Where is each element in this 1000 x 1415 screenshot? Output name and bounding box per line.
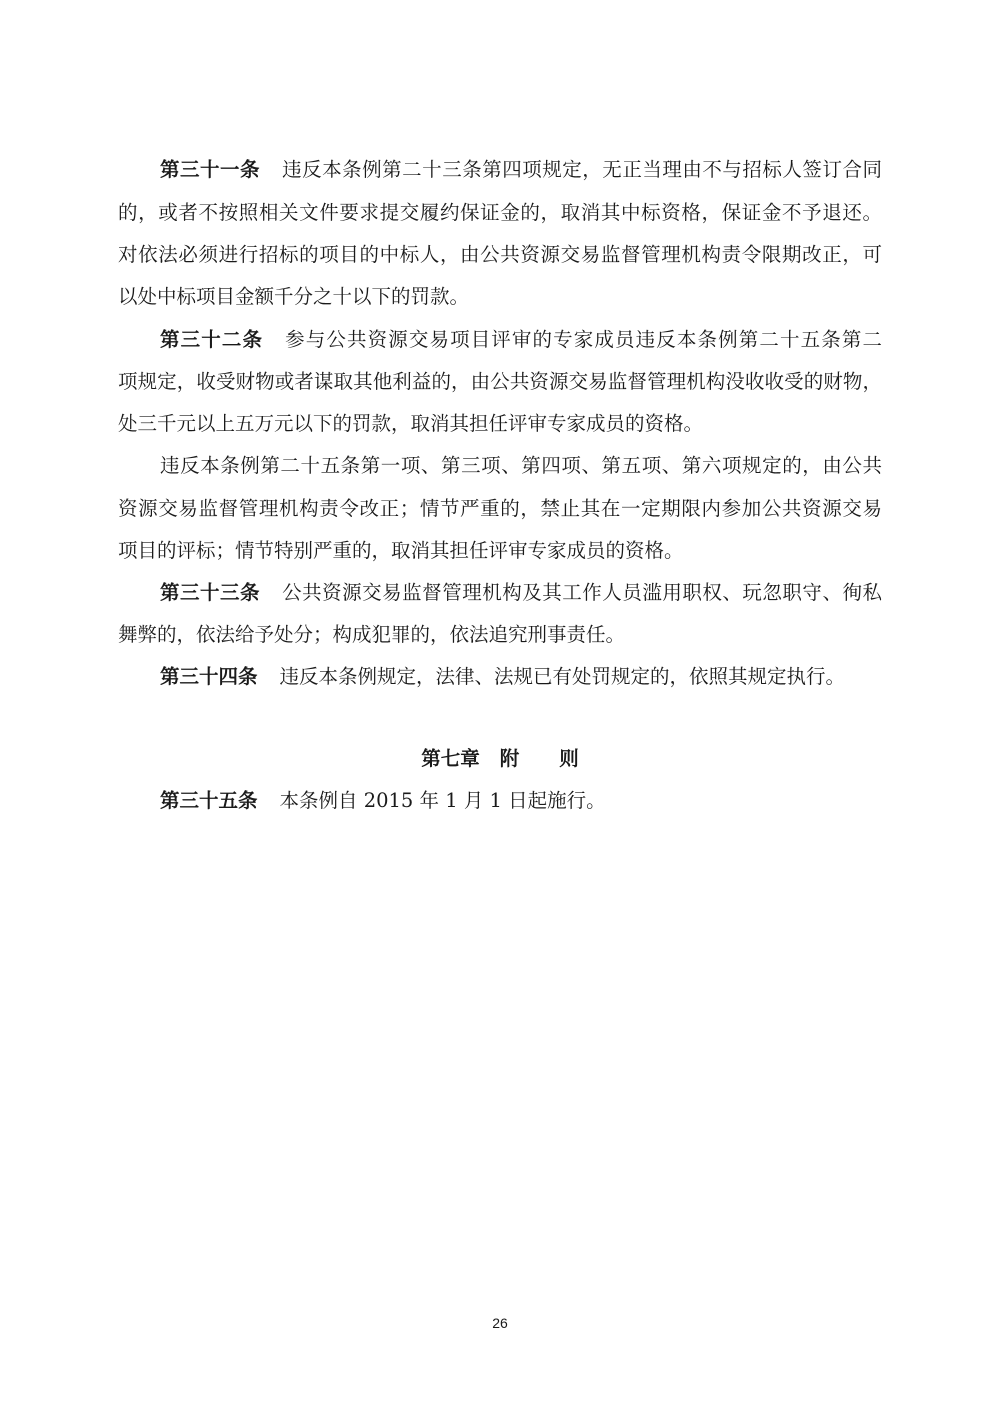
article-31-line-2: 的，或者不按照相关文件要求提交履约保证金的，取消其中标资格，保证金不予退还。	[118, 199, 882, 227]
article-33-heading: 第三十三条	[160, 581, 260, 604]
chapter-title-part-1: 附	[500, 747, 520, 770]
article-32-para2-line-2: 资源交易监督管理机构责令改正；情节严重的，禁止其在一定期限内参加公共资源交易	[118, 495, 882, 523]
article-32-line-3: 处三千元以上五万元以下的罚款，取消其担任评审专家成员的资格。	[118, 410, 882, 438]
article-35-text: 本条例自 2015 年 1 月 1 日起施行。	[280, 789, 606, 812]
article-31-text: 违反本条例第二十三条第四项规定，无正当理由不与招标人签订合同	[282, 158, 882, 181]
article-33-line-2: 舞弊的，依法给予处分；构成犯罪的，依法追究刑事责任。	[118, 621, 882, 649]
article-34-heading: 第三十四条	[160, 665, 258, 688]
article-32-para2-line-1: 违反本条例第二十五条第一项、第三项、第四项、第五项、第六项规定的，由公共	[160, 452, 882, 480]
article-32-line-1: 第三十二条参与公共资源交易项目评审的专家成员违反本条例第二十五条第二	[160, 326, 882, 354]
article-34-text: 违反本条例规定，法律、法规已有处罚规定的，依照其规定执行。	[280, 665, 846, 688]
article-31-line-3: 对依法必须进行招标的项目的中标人，由公共资源交易监督管理机构责令限期改正，可	[118, 241, 882, 269]
chapter-number: 第七章	[421, 747, 480, 770]
article-31-heading: 第三十一条	[160, 158, 260, 181]
article-35-heading: 第三十五条	[160, 789, 258, 812]
chapter-heading: 第七章附则	[0, 745, 1000, 773]
article-34-line-1: 第三十四条违反本条例规定，法律、法规已有处罚规定的，依照其规定执行。	[160, 663, 882, 691]
article-32-heading: 第三十二条	[160, 328, 263, 351]
article-33-line-1: 第三十三条公共资源交易监督管理机构及其工作人员滥用职权、玩忽职守、徇私	[160, 579, 882, 607]
article-33-text: 公共资源交易监督管理机构及其工作人员滥用职权、玩忽职守、徇私	[282, 581, 882, 604]
document-page: 第三十一条违反本条例第二十三条第四项规定，无正当理由不与招标人签订合同 的，或者…	[0, 0, 1000, 1415]
article-32-line-2: 项规定，收受财物或者谋取其他利益的，由公共资源交易监督管理机构没收收受的财物，	[118, 368, 882, 396]
article-35-line-1: 第三十五条本条例自 2015 年 1 月 1 日起施行。	[160, 787, 882, 815]
article-31-line-4: 以处中标项目金额千分之十以下的罚款。	[118, 283, 882, 311]
chapter-title-part-2: 则	[559, 747, 579, 770]
article-32-text: 参与公共资源交易项目评审的专家成员违反本条例第二十五条第二	[285, 328, 882, 351]
article-31-line-1: 第三十一条违反本条例第二十三条第四项规定，无正当理由不与招标人签订合同	[160, 156, 882, 184]
article-32-para2-line-3: 项目的评标；情节特别严重的，取消其担任评审专家成员的资格。	[118, 537, 882, 565]
page-number: 26	[0, 1314, 1000, 1332]
